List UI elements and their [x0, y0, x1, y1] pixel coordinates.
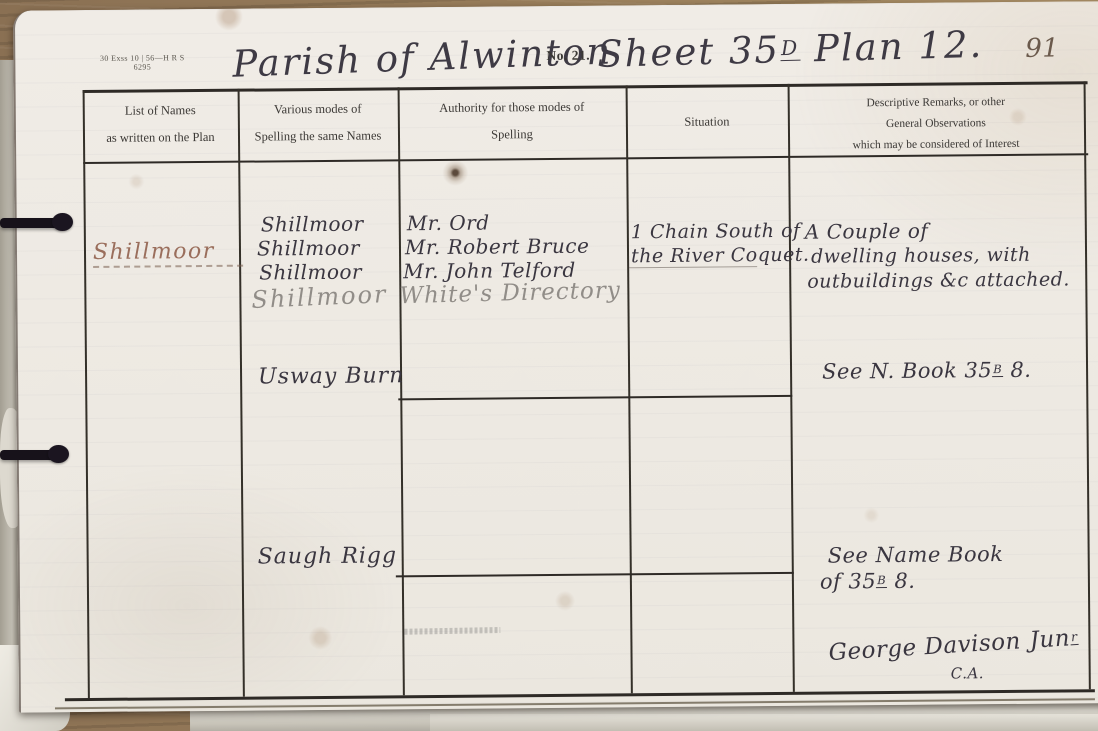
remarks-line3: outbuildings &c attached.: [807, 268, 1070, 292]
sheet-title-prefix: Sheet 35: [597, 28, 781, 76]
binding-knot-bottom: [48, 445, 69, 463]
plan-name-shillmoor: Shillmoor: [93, 239, 215, 265]
column-header-spelling-line1: Various modes of: [238, 95, 398, 123]
usway-remark-superscript: B: [992, 362, 1003, 377]
column-header-remarks-line1: Descriptive Remarks, or other: [788, 91, 1084, 115]
printed-reference-code: 30 Exss 10 | 56—H R S 6295: [87, 53, 197, 72]
authority-entry-2: Mr. Robert Bruce: [405, 234, 590, 260]
column-header-remarks-line2: General Observations: [788, 112, 1084, 136]
record-sheet: 30 Exss 10 | 56—H R S 6295 Parish of Alw…: [0, 0, 1098, 731]
column-header-authority: Authority for those modes of Spelling: [398, 93, 626, 149]
usway-burn-remark: See N. Book 35B 8.: [822, 358, 1032, 384]
column-header-authority-line2: Spelling: [398, 120, 626, 149]
saugh-remark-superscript: B: [876, 573, 887, 588]
authority-entry-1: Mr. Ord: [407, 211, 490, 236]
saugh-remark-suffix: 8.: [887, 569, 915, 593]
remarks-line2: dwelling houses, with: [811, 244, 1031, 268]
sheet-number-printed: No. 21.: [533, 48, 603, 65]
situation-line2: the River Coquet.: [631, 244, 810, 268]
column-header-remarks: Descriptive Remarks, or other General Ob…: [788, 91, 1085, 157]
column-header-situation-line1: Situation: [626, 108, 788, 136]
usway-remark-prefix: See N. Book 35: [822, 358, 992, 383]
spelling-entry-1: Shillmoor: [261, 212, 364, 237]
column-header-names-line1: List of Names: [83, 97, 238, 125]
saugh-rigg-remark-line1: See Name Book: [828, 542, 1004, 568]
column-header-authority-line1: Authority for those modes of: [398, 93, 626, 122]
signature-suffix: Jun: [1029, 625, 1071, 653]
usway-remark-suffix: 8.: [1003, 358, 1031, 382]
sheet-title-suffix: Plan 12.: [800, 23, 984, 71]
signature-title: C.A.: [951, 664, 984, 682]
column-header-names: List of Names as written on the Plan: [83, 97, 238, 152]
plan-name-usway-burn: Usway Burn: [258, 363, 404, 389]
signature-suffix-superscript: r: [1069, 628, 1079, 644]
reference-code-line1: 30 Exss 10 | 56—H R S: [100, 53, 185, 63]
saugh-remark-prefix: of 35: [820, 569, 877, 593]
column-header-remarks-line3: which may be considered of Interest: [788, 133, 1084, 157]
column-header-situation: Situation: [626, 108, 788, 136]
sheet-title-superscript: D: [780, 35, 801, 61]
reference-code-line2: 6295: [134, 62, 152, 71]
column-header-spelling-line2: Spelling the same Names: [238, 122, 398, 150]
situation-line1: 1 Chain South of: [631, 220, 801, 243]
plan-name-saugh-rigg: Saugh Rigg: [258, 543, 398, 569]
page-number-handwritten: 91: [1025, 34, 1059, 64]
remarks-line1: A Couple of: [805, 219, 929, 244]
spelling-entry-4-pencil: Shillmoor: [251, 280, 388, 314]
column-header-spelling-modes: Various modes of Spelling the same Names: [238, 95, 398, 150]
name-book-photo: 30 Exss 10 | 56—H R S 6295 Parish of Alw…: [0, 0, 1098, 731]
spelling-entry-2: Shillmoor: [257, 236, 360, 261]
binding-knot-top: [52, 213, 73, 231]
saugh-rigg-remark-line2: of 35B 8.: [820, 569, 916, 594]
column-header-names-line2: as written on the Plan: [83, 124, 238, 152]
